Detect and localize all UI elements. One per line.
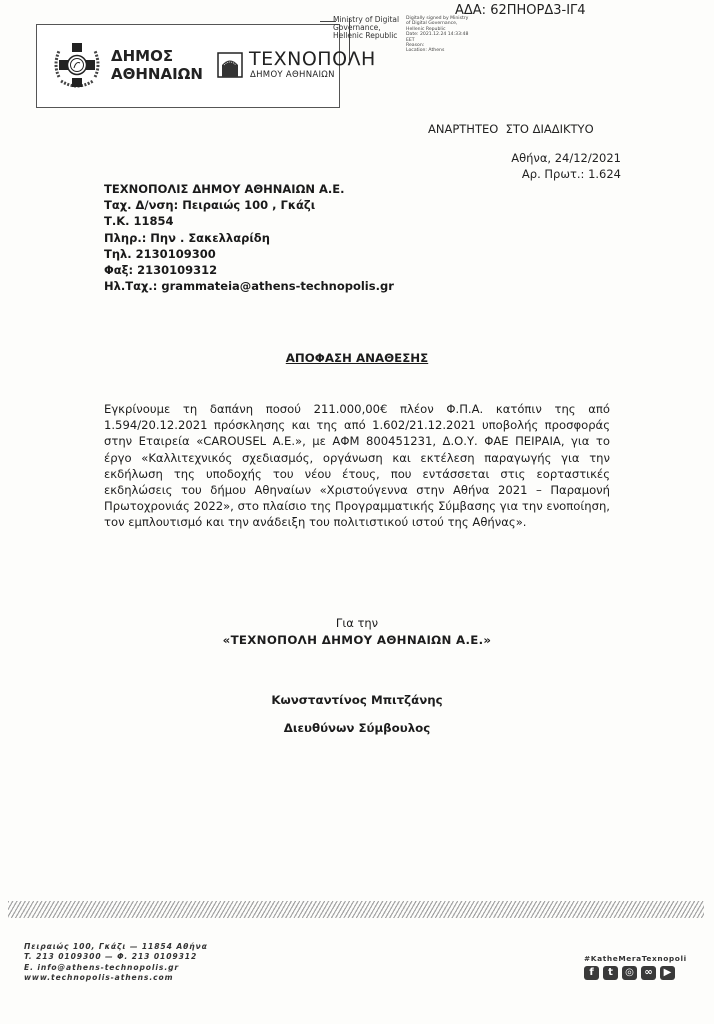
recipient-fax: Φαξ: 2130109312 — [104, 262, 394, 278]
recipient-contact: Πληρ.: Πην . Σακελλαρίδη — [104, 230, 394, 246]
decision-body: Εγκρίνουμε τη δαπάνη ποσού 211.000,00€ π… — [104, 401, 610, 531]
signatory-title: Διευθύνων Σύμβουλος — [0, 721, 714, 735]
social-icons: f t ◎ ∞ ▶ — [584, 966, 675, 980]
recipient-postcode: Τ.Κ. 11854 — [104, 213, 394, 229]
signatory-name: Κωνσταντίνος Μπιτζάνης — [0, 693, 714, 707]
signature-for-label: Για την — [0, 616, 714, 630]
header-logo-box: ΔΗΜΟΣ ΑΘΗΝΑΙΩΝ ΤΕΧΝΟΠΟΛΗ ΔΗΜΟΥ ΑΘΗΝΑΙΩΝ — [36, 24, 340, 108]
technopoli-name: ΤΕΧΝΟΠΟΛΗ — [249, 49, 376, 69]
recipient-phone: Τηλ. 2130109300 — [104, 246, 394, 262]
twitter-icon: t — [603, 966, 618, 980]
recipient-email: Ηλ.Ταχ.: grammateia@athens-technopolis.g… — [104, 278, 394, 294]
municipality-name: ΔΗΜΟΣ ΑΘΗΝΑΙΩΝ — [111, 47, 203, 83]
facebook-icon: f — [584, 966, 599, 980]
recipient-address: Ταχ. Δ/νση: Πειραιώς 100 , Γκάζι — [104, 197, 394, 213]
ada-code: ΑΔΑ: 62ΠΗΟΡΔ3-ΙΓ4 — [455, 3, 586, 18]
digital-signature-details: Digitally signed by Ministry of Digital … — [406, 16, 468, 54]
footer-hatch-divider — [8, 901, 704, 918]
decision-title: ΑΠΟΦΑΣΗ ΑΝΑΘΕΣΗΣ — [0, 351, 714, 365]
posting-note: ΑΝΑΡΤΗΤΕΟ ΣΤΟ ΔΙΑΔΙΚΤΥΟ — [428, 122, 594, 136]
footer-phones: T. 213 0109300 — Φ. 213 0109312 — [24, 952, 208, 962]
tripadvisor-icon: ∞ — [641, 966, 656, 980]
signature-company: «ΤΕΧΝΟΠΟΛΗ ΔΗΜΟΥ ΑΘΗΝΑΙΩΝ Α.Ε.» — [0, 633, 714, 647]
technopoli-logo-icon — [217, 52, 243, 78]
technopoli-subtitle: ΔΗΜΟΥ ΑΘΗΝΑΙΩΝ — [250, 70, 335, 80]
footer-address: Πειραιώς 100, Γκάζι — 11854 Αθήνα — [24, 942, 208, 952]
youtube-icon: ▶ — [660, 966, 675, 980]
municipality-emblem-icon — [49, 37, 105, 93]
footer-website: www.technopolis-athens.com — [24, 973, 208, 983]
protocol-number: Αρ. Πρωτ.: 1.624 — [511, 166, 621, 182]
footer-contact: Πειραιώς 100, Γκάζι — 11854 Αθήνα T. 213… — [24, 942, 208, 984]
instagram-icon: ◎ — [622, 966, 637, 980]
digital-signature-signer: Ministry of Digital Governance, Hellenic… — [333, 16, 399, 40]
document-date: Αθήνα, 24/12/2021 — [511, 150, 621, 166]
recipient-company: ΤΕΧΝΟΠΟΛΙΣ ΔΗΜΟΥ ΑΘΗΝΑΙΩΝ Α.Ε. — [104, 181, 394, 197]
footer-hashtag: #KatheMeraTexnopoli — [584, 954, 687, 963]
footer-email: E. info@athens-technopolis.gr — [24, 963, 208, 973]
recipient-block: ΤΕΧΝΟΠΟΛΙΣ ΔΗΜΟΥ ΑΘΗΝΑΙΩΝ Α.Ε. Ταχ. Δ/νσ… — [104, 181, 394, 294]
date-protocol-block: Αθήνα, 24/12/2021 Αρ. Πρωτ.: 1.624 — [511, 150, 621, 182]
